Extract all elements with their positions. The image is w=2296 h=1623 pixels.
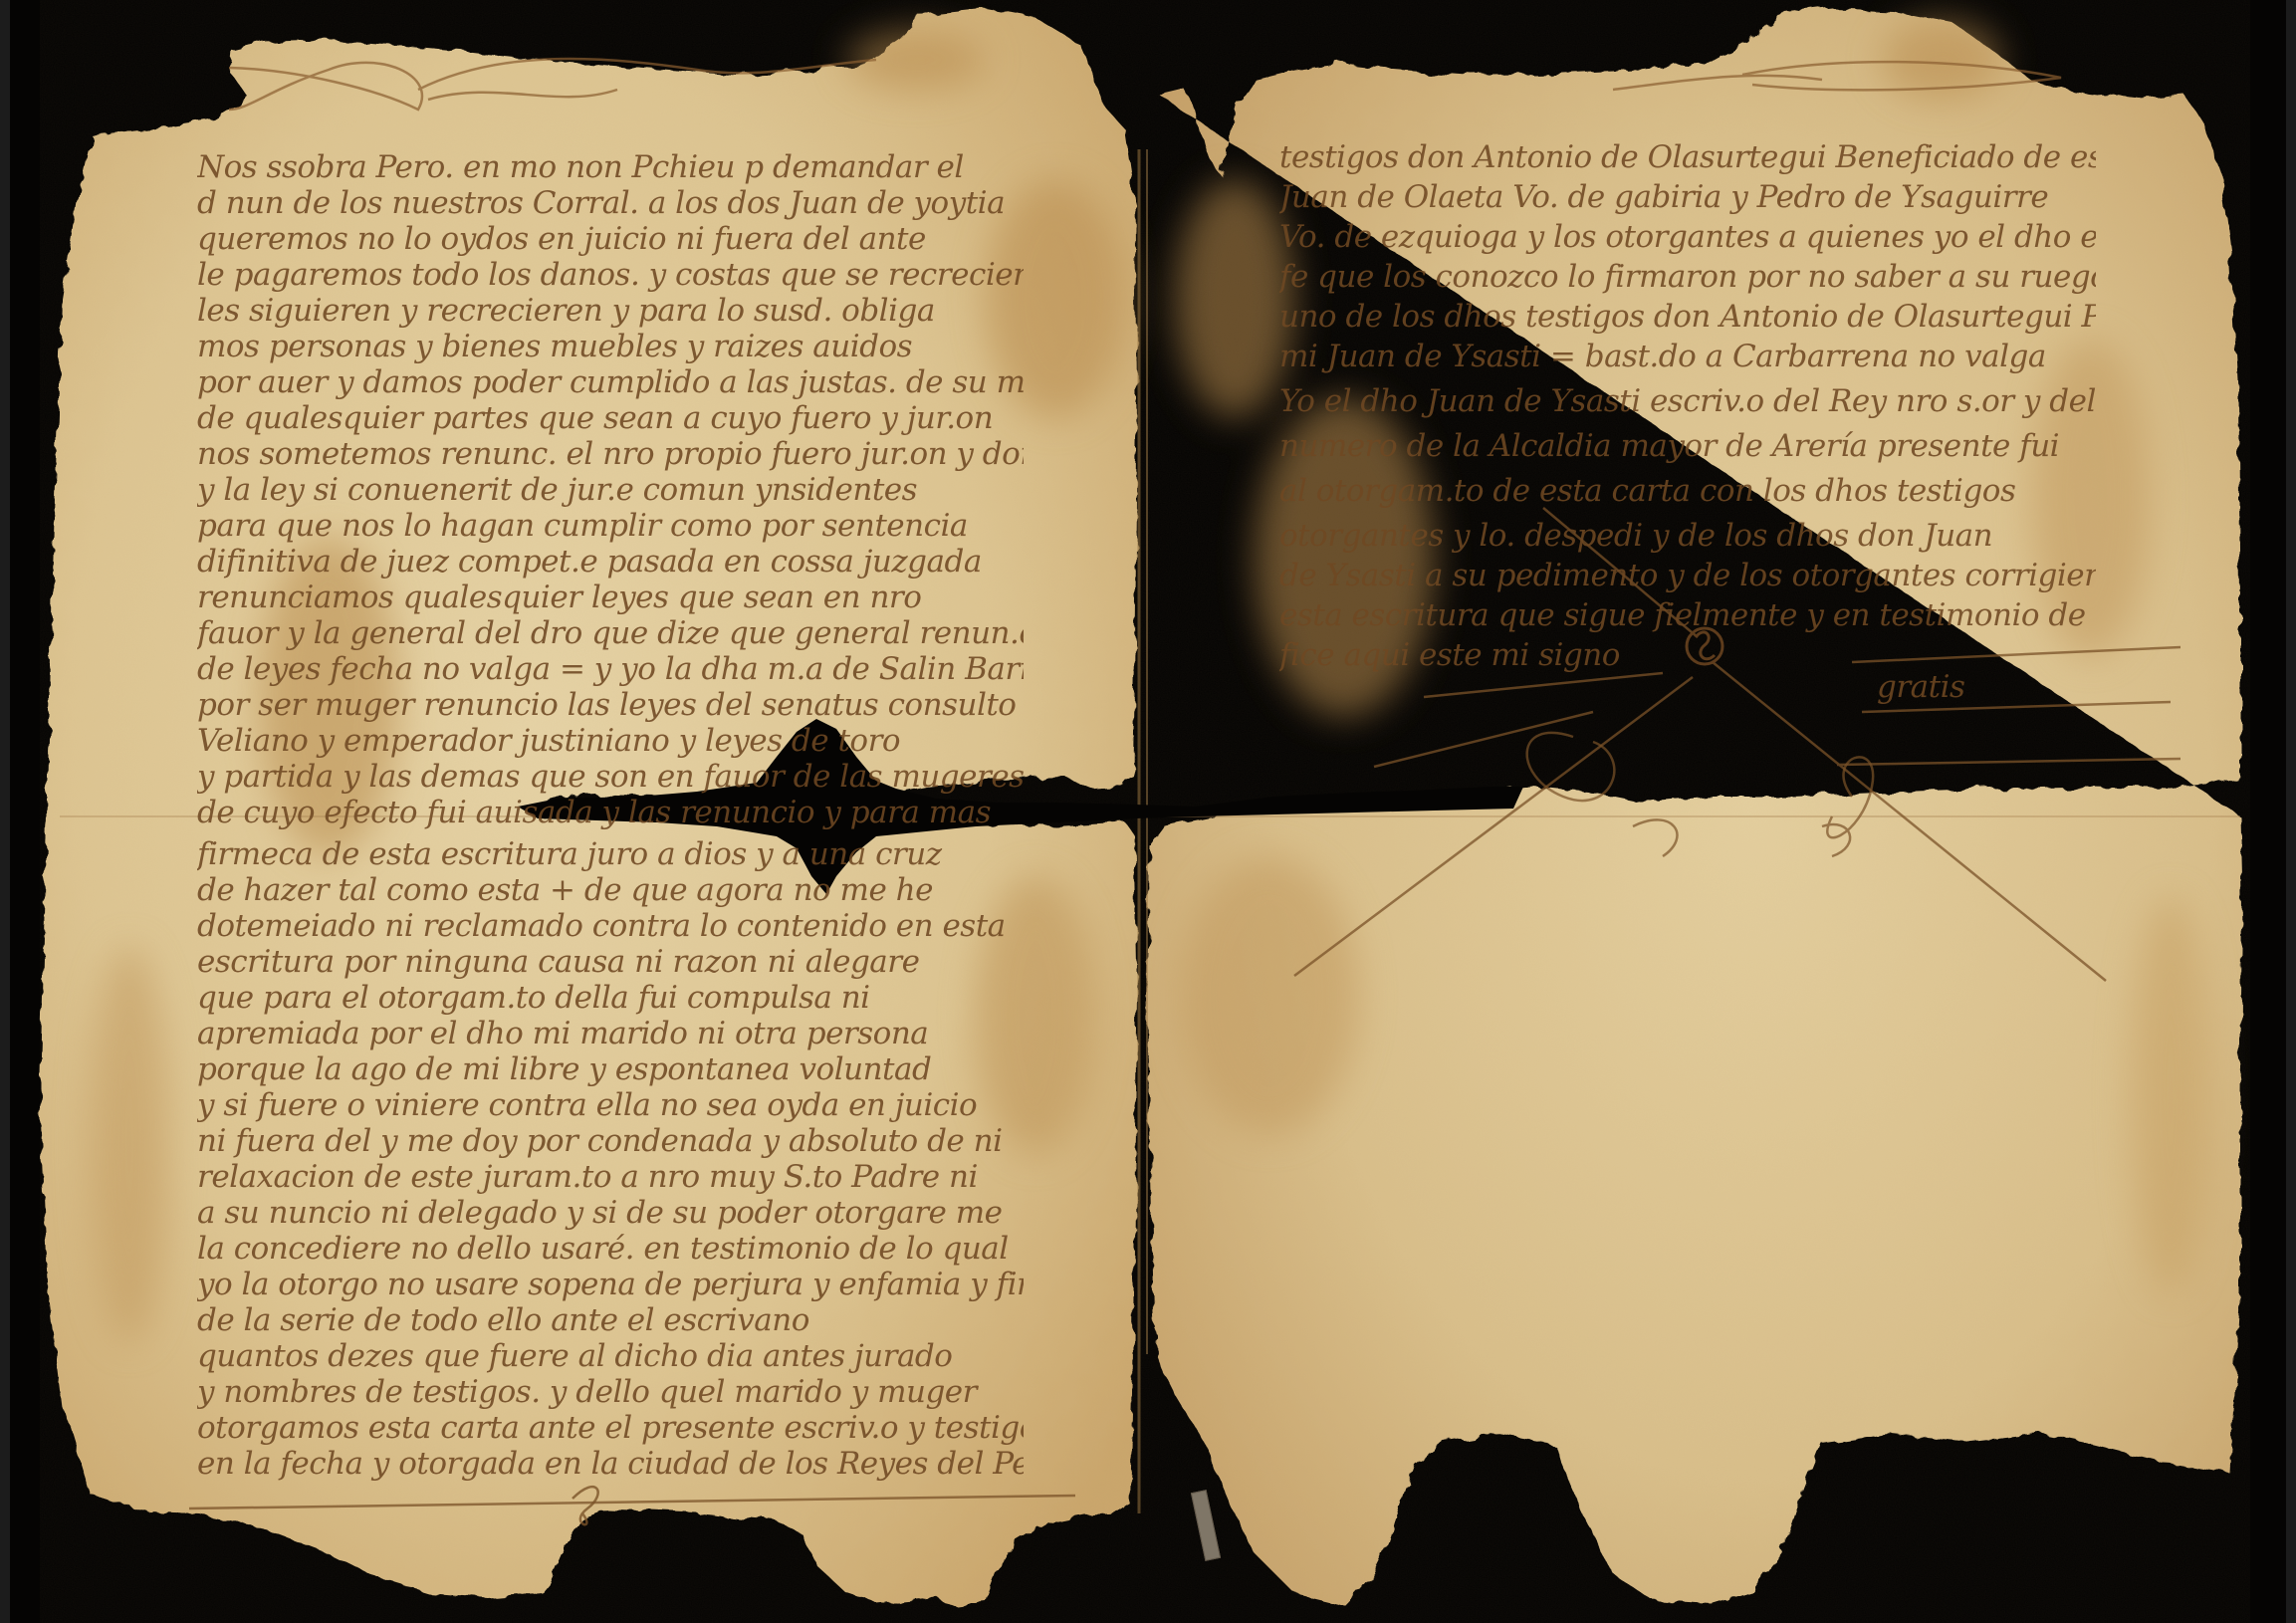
right-line-10: otorgantes y lo. despedi y de los dhos d… bbox=[1279, 518, 1992, 554]
marginal-note-gratis: gratis bbox=[1877, 669, 1964, 705]
left-line-35: y nombres de testigos. y dello quel mari… bbox=[197, 1374, 977, 1410]
left-line-33: de la serie de todo ello ante el escriva… bbox=[197, 1302, 809, 1338]
left-line-32: yo la otorgo no usare sopena de perjura … bbox=[197, 1267, 1024, 1302]
right-line-5: uno de los dhos testigos don Antonio de … bbox=[1279, 299, 2096, 335]
left-line-23: escritura por ninguna causa ni razon ni … bbox=[197, 944, 919, 980]
left-line-14: fauor y la general del dro que dize que … bbox=[197, 615, 1024, 651]
left-line-36: otorgamos esta carta ante el presente es… bbox=[197, 1410, 1024, 1446]
left-page-text: Nos ssobra Pero. en mo non Pchieu p dema… bbox=[197, 149, 1024, 1494]
left-line-11: para que nos lo hagan cumplir como por s… bbox=[197, 508, 968, 544]
left-line-10: y la ley si conuenerit de jur.e comun yn… bbox=[197, 472, 917, 508]
left-line-31: la concediere no dello usaré. en testimo… bbox=[197, 1231, 1009, 1267]
left-line-16: por ser muger renuncio las leyes del sen… bbox=[197, 687, 1016, 723]
right-frame-edge bbox=[2286, 0, 2296, 1623]
left-line-20: firmeca de esta escritura juro a dios y … bbox=[197, 836, 942, 872]
right-line-8: numero de la Alcaldia mayor de Arería pr… bbox=[1279, 428, 2059, 464]
right-line-4: fe que los conozco lo firmaron por no sa… bbox=[1279, 259, 2096, 295]
left-line-17: Veliano y emperador justiniano y leyes d… bbox=[197, 723, 900, 759]
left-line-5: les siguieren y recrecieren y para lo su… bbox=[197, 293, 935, 329]
left-line-9: nos sometemos renunc. el nro propio fuer… bbox=[197, 436, 1024, 472]
left-line-1: Nos ssobra Pero. en mo non Pchieu p dema… bbox=[197, 149, 964, 185]
left-line-24: que para el otorgam.to della fui compuls… bbox=[197, 980, 870, 1016]
right-line-11: de Ysasti a su pedimento y de los otorga… bbox=[1279, 558, 2096, 593]
right-line-3: Vo. de ezquioga y los otorgantes a quien… bbox=[1279, 219, 2096, 255]
right-line-13: fice aqui este mi signo bbox=[1279, 637, 1620, 673]
left-line-18: y partida y las demas que son en fauor d… bbox=[197, 759, 1024, 795]
right-line-9: al otorgam.to de esta carta con los dhos… bbox=[1279, 473, 2015, 509]
left-line-34: quantos dezes que fuere al dicho dia ant… bbox=[197, 1338, 952, 1374]
left-line-25: apremiada por el dho mi marido ni otra p… bbox=[197, 1016, 928, 1051]
left-line-8: de qualesquier partes que sean a cuyo fu… bbox=[197, 400, 993, 436]
right-line-2: Juan de Olaeta Vo. de gabiria y Pedro de… bbox=[1279, 179, 2048, 215]
left-line-15: de leyes fecha no valga = y yo la dha m.… bbox=[197, 651, 1024, 687]
right-line-1: testigos don Antonio de Olasurtegui Bene… bbox=[1279, 139, 2096, 175]
right-page-text: testigos don Antonio de Olasurtegui Bene… bbox=[1279, 139, 2096, 697]
left-line-21: de hazer tal como esta + de que agora no… bbox=[197, 872, 933, 908]
left-line-29: relaxacion de este juram.to a nro muy S.… bbox=[197, 1159, 978, 1195]
left-line-19: de cuyo efecto fui auisada y las renunci… bbox=[197, 795, 991, 830]
left-line-22: dotemeiado ni reclamado contra lo conten… bbox=[197, 908, 1006, 944]
left-line-12: difinitiva de juez compet.e pasada en co… bbox=[197, 544, 982, 580]
left-line-37: en la fecha y otorgada en la ciudad de l… bbox=[197, 1446, 1024, 1482]
left-line-7: por auer y damos poder cumplido a las ju… bbox=[197, 364, 1024, 400]
manuscript-scan: Nos ssobra Pero. en mo non Pchieu p dema… bbox=[0, 0, 2296, 1623]
right-line-12: esta escritura que sigue fielmente y en … bbox=[1279, 597, 2096, 633]
left-line-6: mos personas y bienes muebles y raizes a… bbox=[197, 329, 912, 364]
right-line-6: mi Juan de Ysasti = bast.do a Carbarrena… bbox=[1279, 339, 2046, 374]
left-line-27: y si fuere o viniere contra ella no sea … bbox=[197, 1087, 977, 1123]
left-line-30: a su nuncio ni delegado y si de su poder… bbox=[197, 1195, 1003, 1231]
left-line-2: d nun de los nuestros Corral. a los dos … bbox=[197, 185, 1005, 221]
left-line-26: porque la ago de mi libre y espontanea v… bbox=[197, 1051, 931, 1087]
left-line-13: renunciamos qualesquier leyes que sean e… bbox=[197, 580, 921, 615]
left-line-3: queremos no lo oydos en juicio ni fuera … bbox=[197, 221, 926, 257]
right-line-7: Yo el dho Juan de Ysasti escriv.o del Re… bbox=[1279, 383, 2096, 419]
left-line-4: le pagaremos todo los danos. y costas qu… bbox=[197, 257, 1024, 293]
left-frame-edge bbox=[0, 0, 10, 1623]
left-line-28: ni fuera del y me doy por condenada y ab… bbox=[197, 1123, 1003, 1159]
